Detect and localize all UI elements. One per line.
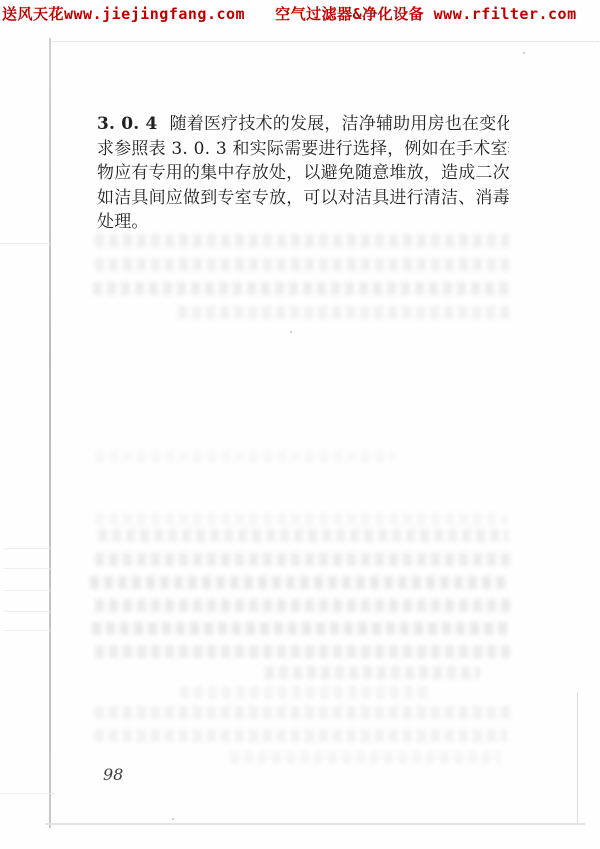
scan-streak [4, 568, 50, 569]
bleedthrough-line [90, 576, 510, 589]
page-right-edge [577, 692, 578, 824]
page-top-edge [51, 41, 599, 42]
scan-streak [4, 611, 50, 612]
bleedthrough-line [92, 622, 510, 635]
scan-streak [4, 630, 50, 631]
scan-streak [4, 548, 50, 549]
bleedthrough-line [95, 450, 395, 463]
scanned-document-page: 送风天花www.jiejingfang.com 空气过滤器&净化设备 www.r… [0, 0, 600, 849]
bleedthrough-line [93, 282, 511, 295]
watermark-right-url: 空气过滤器&净化设备 www.rfilter.com [275, 3, 577, 24]
bleedthrough-line [95, 513, 507, 526]
bleedthrough-line [180, 686, 430, 699]
scan-streak [4, 590, 50, 591]
bleedthrough-line [98, 529, 508, 542]
bleedthrough-line [95, 729, 507, 742]
watermark-header: 送风天花www.jiejingfang.com 空气过滤器&净化设备 www.r… [2, 3, 577, 24]
bleedthrough-line [95, 599, 510, 612]
bleedthrough-line [95, 706, 510, 719]
paragraph-line-text: 随着医疗技术的发展，洁净辅助用房也在变化，本条要 [170, 114, 509, 134]
bleedthrough-line [265, 666, 480, 679]
bleedthrough-line [178, 306, 510, 319]
section-number: 3. 0. 4 [97, 114, 158, 134]
paragraph-line: 处理。 [97, 210, 509, 235]
paragraph-line: 求参照表 3. 0. 3 和实际需要进行选择，例如在手术室较多时，污 [97, 137, 509, 162]
page-number: 98 [103, 765, 123, 784]
page-left-edge [49, 38, 51, 828]
bleedthrough-line [95, 553, 510, 566]
paragraph-line: 物应有专用的集中存放处，以避免随意堆放，造成二次污染。又 [97, 161, 509, 186]
bleedthrough-line [95, 645, 510, 658]
section-paragraph: 3. 0. 4随着医疗技术的发展，洁净辅助用房也在变化，本条要 求参照表 3. … [97, 112, 509, 235]
scan-streak [0, 793, 55, 794]
paragraph-line: 如洁具间应做到专室专放，可以对洁具进行清洁、消毒甚至干燥 [97, 186, 509, 211]
scan-streak [0, 243, 50, 244]
bleedthrough-line [95, 234, 509, 247]
scan-speck [290, 331, 292, 333]
bleedthrough-line [230, 751, 500, 764]
scan-speck [172, 818, 174, 820]
paragraph-line: 3. 0. 4随着医疗技术的发展，洁净辅助用房也在变化，本条要 [97, 112, 509, 137]
watermark-left-url: 送风天花www.jiejingfang.com [2, 3, 245, 24]
page-bottom-edge [45, 823, 585, 825]
bleedthrough-line [95, 258, 509, 271]
scan-speck [523, 52, 525, 54]
